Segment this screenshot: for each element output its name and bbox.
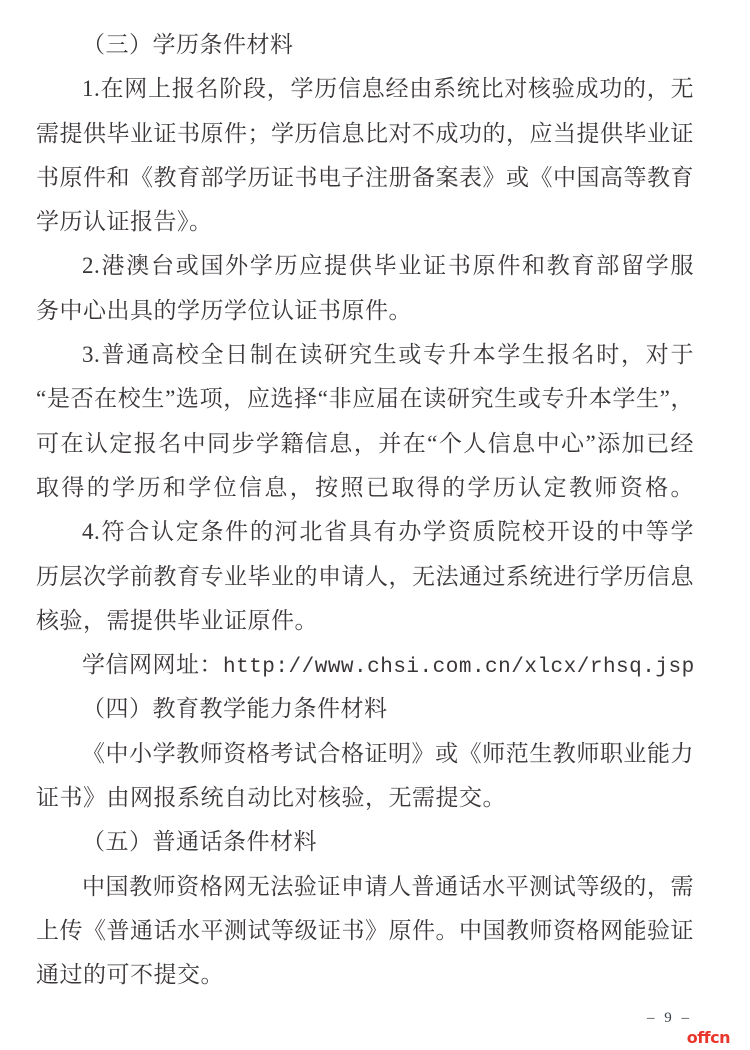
chsi-url-line: 学信网网址：http://www.chsi.com.cn/xlcx/rhsq.j… <box>36 643 694 687</box>
section-heading-5: （五）普通话条件材料 <box>36 820 694 864</box>
document-page: （三）学历条件材料 1.在网上报名阶段，学历信息经由系统比对核验成功的，无 需提… <box>0 0 750 1050</box>
text-line: 上传《普通话水平测试等级证书》原件。中国教师资格网能验证 <box>36 909 694 953</box>
text-line: 务中心出具的学历学位认证书原件。 <box>36 289 694 333</box>
text-line: 2.港澳台或国外学历应提供毕业证书原件和教育部留学服 <box>36 244 694 288</box>
text-line: 需提供毕业证书原件；学历信息比对不成功的，应当提供毕业证 <box>36 112 694 156</box>
section-heading-4: （四）教育教学能力条件材料 <box>36 687 694 731</box>
text-line: 可在认定报名中同步学籍信息，并在“个人信息中心”添加已经 <box>36 422 694 466</box>
text-line: 《中小学教师资格考试合格证明》或《师范生教师职业能力 <box>36 732 694 776</box>
text-line: 3.普通高校全日制在读研究生或专升本学生报名时，对于 <box>36 333 694 377</box>
text-line: 通过的可不提交。 <box>36 953 694 997</box>
offcn-watermark: offcn <box>687 1028 730 1047</box>
page-number: – 9 – <box>647 1010 692 1027</box>
document-body: （三）学历条件材料 1.在网上报名阶段，学历信息经由系统比对核验成功的，无 需提… <box>36 23 694 998</box>
text-line: 历层次学前教育专业毕业的申请人，无法通过系统进行学历信息 <box>36 555 694 599</box>
text-line: 学历认证报告》。 <box>36 200 694 244</box>
section-heading-3: （三）学历条件材料 <box>36 23 694 67</box>
text-line: 证书》由网报系统自动比对核验，无需提交。 <box>36 776 694 820</box>
chsi-url-text: http://www.chsi.com.cn/xlcx/rhsq.jsp <box>223 656 694 679</box>
text-line: 核验，需提供毕业证原件。 <box>36 599 694 643</box>
text-line: “是否在校生”选项，应选择“非应届在读研究生或专升本学生”， <box>36 377 694 421</box>
chsi-url-label: 学信网网址： <box>82 652 223 677</box>
text-line: 书原件和《教育部学历证书电子注册备案表》或《中国高等教育 <box>36 156 694 200</box>
text-line: 1.在网上报名阶段，学历信息经由系统比对核验成功的，无 <box>36 67 694 111</box>
text-line: 取得的学历和学位信息，按照已取得的学历认定教师资格。 <box>36 466 694 510</box>
text-line: 中国教师资格网无法验证申请人普通话水平测试等级的，需 <box>36 865 694 909</box>
text-line: 4.符合认定条件的河北省具有办学资质院校开设的中等学 <box>36 510 694 554</box>
